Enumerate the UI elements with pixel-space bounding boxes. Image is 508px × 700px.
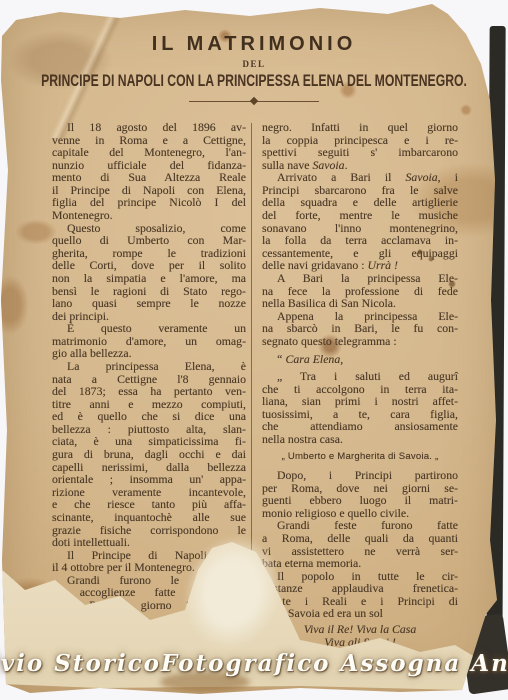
text-line: quello di Umberto con Mar-: [52, 234, 246, 247]
text-line: ed è quello che si dice una: [52, 410, 246, 423]
text-line: guenti ebbero luogo il matri-: [262, 494, 458, 507]
paragraph: La principessa Elena, ènata a Cettigne l…: [52, 360, 246, 549]
text-line: segnato questo telegramma :: [262, 335, 458, 348]
text-line: liana, sian primi i nostri affet-: [262, 395, 458, 408]
text-line: spettivi seguiti s' imbarcarono: [262, 146, 458, 159]
text-line: negro. Infatti in quel giorno: [262, 121, 458, 134]
text-line: gura di bruna, dagli occhi e dai: [52, 448, 246, 461]
paragraph: Grandi feste furono fattea Roma, delle q…: [262, 519, 458, 569]
paragraph: „ Umberto e Margherita di Savoia. „: [262, 451, 458, 464]
paragraph: Appena la principessa Ele-na sbarcò in B…: [262, 310, 458, 348]
text-line: Il 18 agosto del 1896 av-: [52, 121, 246, 134]
paragraph: A Bari la principessa Ele-na fece la pro…: [262, 272, 458, 310]
watermark: Archivio StoricoFotografico Assogna Anto…: [0, 650, 508, 677]
text-line: lano quasi sempre le nozze: [52, 297, 246, 310]
text-line: del 1873; essa ha pertanto ven-: [52, 385, 246, 398]
text-line: Montenegro.: [52, 209, 246, 222]
paragraph: È questo veramente unmatrimonio d'amore,…: [52, 322, 246, 360]
text-line: orientale ; insomma un' appa-: [52, 473, 246, 486]
text-line: „ Tra i saluti ed augurî: [262, 370, 458, 383]
text-line: a Roma, delle quali da quanti: [262, 532, 458, 545]
paper-crease: [0, 0, 200, 138]
page-title: IL MATRIMONIO: [0, 33, 508, 56]
text-line: Dopo, i Principi partirono: [262, 469, 458, 482]
paragraph: Arrivato a Bari il Savoia, iPrincipi sba…: [262, 171, 458, 272]
text-line: na sbarcò in Bari, le fu con-: [262, 322, 458, 335]
text-line: del forte, mentre le musiche: [262, 209, 458, 222]
text-line: scinante, inquantochè alle sue: [52, 511, 246, 524]
text-line: Arrivato a Bari il Savoia, i: [262, 171, 458, 184]
text-line: “ Cara Elena,: [262, 353, 458, 366]
text-line: costanze applaudiva frenetica-: [262, 582, 458, 595]
paragraph: „ Tra i saluti ed augurîche ti accolgono…: [262, 370, 458, 445]
scanned-page: IL MATRIMONIO DEL PRINCIPE DI NAPOLI CON…: [0, 0, 508, 700]
text-line: Casa Savoia ed era un sol: [262, 607, 458, 620]
text-line: non la simpatia e l'amore, ma: [52, 272, 246, 285]
paragraph: Il 18 agosto del 1896 av-venne in Roma e…: [52, 121, 246, 222]
page-subtitle-del: DEL: [0, 59, 508, 69]
text-line: che attendiamo ansiosamente: [262, 420, 458, 433]
text-line: la folla da terra acclamava in-: [262, 234, 458, 247]
text-line: nella Basilica di San Nicola.: [262, 297, 458, 310]
text-line: „ Umberto e Margherita di Savoia. „: [262, 451, 458, 464]
column-right: negro. Infatti in quel giornola coppia p…: [262, 121, 458, 648]
text-line: La principessa Elena, è: [52, 360, 246, 373]
page-subtitle: PRINCIPE DI NAPOLI CON LA PRINCIPESSA EL…: [41, 72, 467, 91]
paragraph: Dopo, i Principi partironoper Roma, dove…: [262, 469, 458, 519]
text-line: bata eterna memoria.: [262, 557, 458, 570]
text-line: capitale del Montenegro, l'an-: [52, 146, 246, 159]
paper: IL MATRIMONIO DEL PRINCIPE DI NAPOLI CON…: [0, 0, 508, 700]
paragraph: Questo sposalizio, comequello di Umberto…: [52, 222, 246, 323]
text-line: mento di Sua Altezza Reale: [52, 171, 246, 184]
text-line: A Bari la principessa Ele-: [262, 272, 458, 285]
paragraph: Il popolo in tutte le cir-costanze appla…: [262, 570, 458, 620]
text-line: nella nostra casa.: [262, 433, 458, 446]
text-line: È questo veramente un: [52, 322, 246, 335]
paragraph: “ Cara Elena,: [262, 353, 458, 366]
paragraph: negro. Infatti in quel giornola coppia p…: [262, 121, 458, 171]
divider-ornament: [189, 101, 319, 102]
